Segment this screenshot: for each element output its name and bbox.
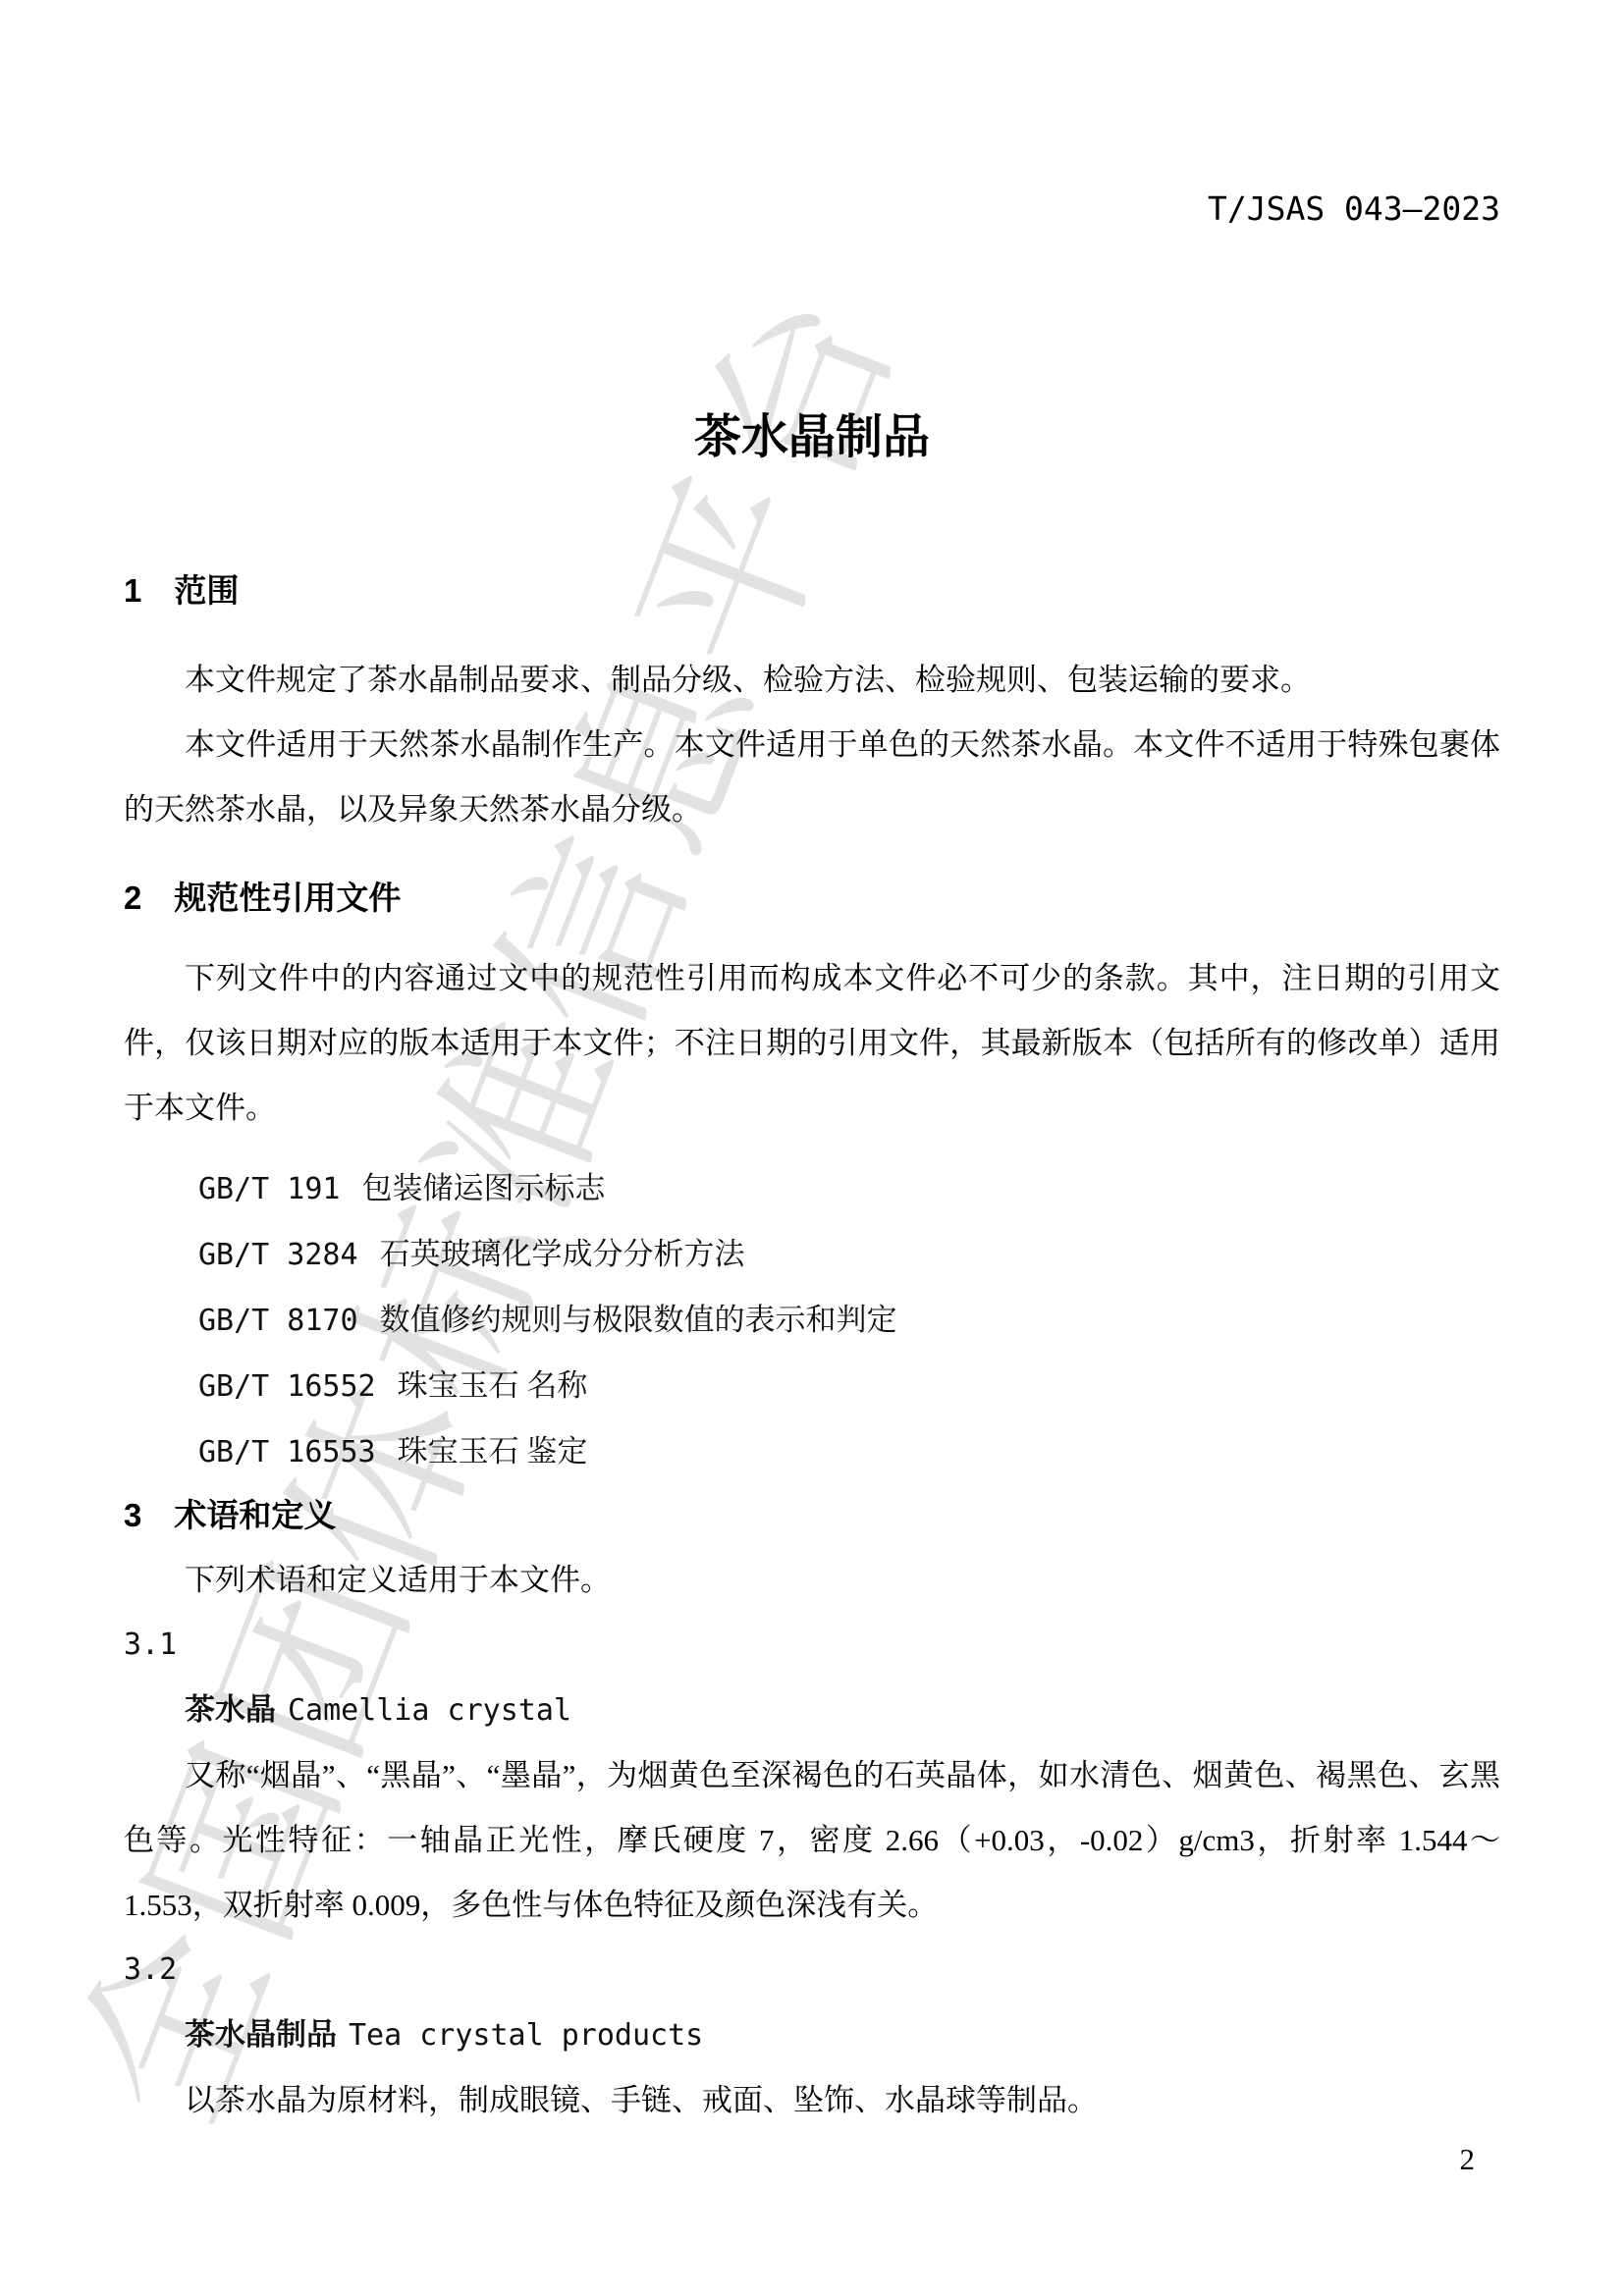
- reference-code: GB/T 8170: [198, 1304, 358, 1338]
- page-number: 2: [1460, 2142, 1476, 2177]
- reference-title: 包装储运图示标志: [362, 1171, 606, 1205]
- term-title-3-2: 茶水晶制品Tea crystal products: [124, 2002, 1500, 2068]
- normative-references-list: GB/T 191包装储运图示标志 GB/T 3284石英玻璃化学成分分析方法 G…: [124, 1156, 1500, 1485]
- section-3-intro: 下列术语和定义适用于本文件。: [124, 1548, 1500, 1613]
- term-name-chinese: 茶水晶: [185, 1692, 276, 1727]
- reference-item: GB/T 16553珠宝玉石 鉴定: [124, 1419, 1500, 1485]
- reference-item: GB/T 16552珠宝玉石 名称: [124, 1354, 1500, 1419]
- term-name-english: Camellia crystal: [288, 1693, 571, 1728]
- reference-title: 珠宝玉石 鉴定: [398, 1434, 588, 1468]
- term-number-3-2: 3.2: [124, 1938, 1500, 2002]
- term-name-chinese: 茶水晶制品: [185, 2017, 337, 2052]
- section-2-paragraph-1: 下列文件中的内容通过文中的规范性引用而构成本文件必不可少的条款。其中，注日期的引…: [124, 946, 1500, 1141]
- term-number-3-1: 3.1: [124, 1613, 1500, 1678]
- term-definition-3-2: 以茶水晶为原材料，制成眼镜、手链、戒面、坠饰、水晶球等制品。: [124, 2068, 1500, 2133]
- reference-item: GB/T 8170数值修约规则与极限数值的表示和判定: [124, 1288, 1500, 1354]
- document-title: 茶水晶制品: [124, 410, 1500, 465]
- page-content: T/JSAS 043—2023 茶水晶制品 1 范围 本文件规定了茶水晶制品要求…: [0, 0, 1624, 2133]
- page-header: T/JSAS 043—2023: [124, 189, 1500, 229]
- term-definition-3-1: 又称“烟晶”、“黑晶”、“墨晶”，为烟黄色至深褐色的石英晶体，如水清色、烟黄色、…: [124, 1743, 1500, 1938]
- reference-title: 珠宝玉石 名称: [398, 1368, 588, 1403]
- section-2-heading: 2 规范性引用文件: [124, 879, 1500, 918]
- reference-item: GB/T 191包装储运图示标志: [124, 1156, 1500, 1222]
- reference-code: GB/T 191: [198, 1172, 341, 1206]
- reference-title: 石英玻璃化学成分分析方法: [380, 1237, 745, 1271]
- term-name-english: Tea crystal products: [349, 2018, 703, 2053]
- section-1-heading: 1 范围: [124, 571, 1500, 611]
- section-1-paragraph-2: 本文件适用于天然茶水晶制作生产。本文件适用于单色的天然茶水晶。本文件不适用于特殊…: [124, 713, 1500, 842]
- document-page: 全国团体标准信息平台 T/JSAS 043—2023 茶水晶制品 1 范围 本文…: [0, 0, 1624, 2296]
- section-1-paragraph-1: 本文件规定了茶水晶制品要求、制品分级、检验方法、检验规则、包装运输的要求。: [124, 648, 1500, 713]
- reference-code: GB/T 16553: [198, 1435, 376, 1469]
- reference-item: GB/T 3284石英玻璃化学成分分析方法: [124, 1222, 1500, 1288]
- standard-code: T/JSAS 043—2023: [1208, 189, 1500, 228]
- reference-code: GB/T 3284: [198, 1238, 358, 1272]
- reference-title: 数值修约规则与极限数值的表示和判定: [380, 1303, 897, 1337]
- section-3-heading: 3 术语和定义: [124, 1496, 1500, 1535]
- term-title-3-1: 茶水晶Camellia crystal: [124, 1678, 1500, 1743]
- reference-code: GB/T 16552: [198, 1369, 376, 1404]
